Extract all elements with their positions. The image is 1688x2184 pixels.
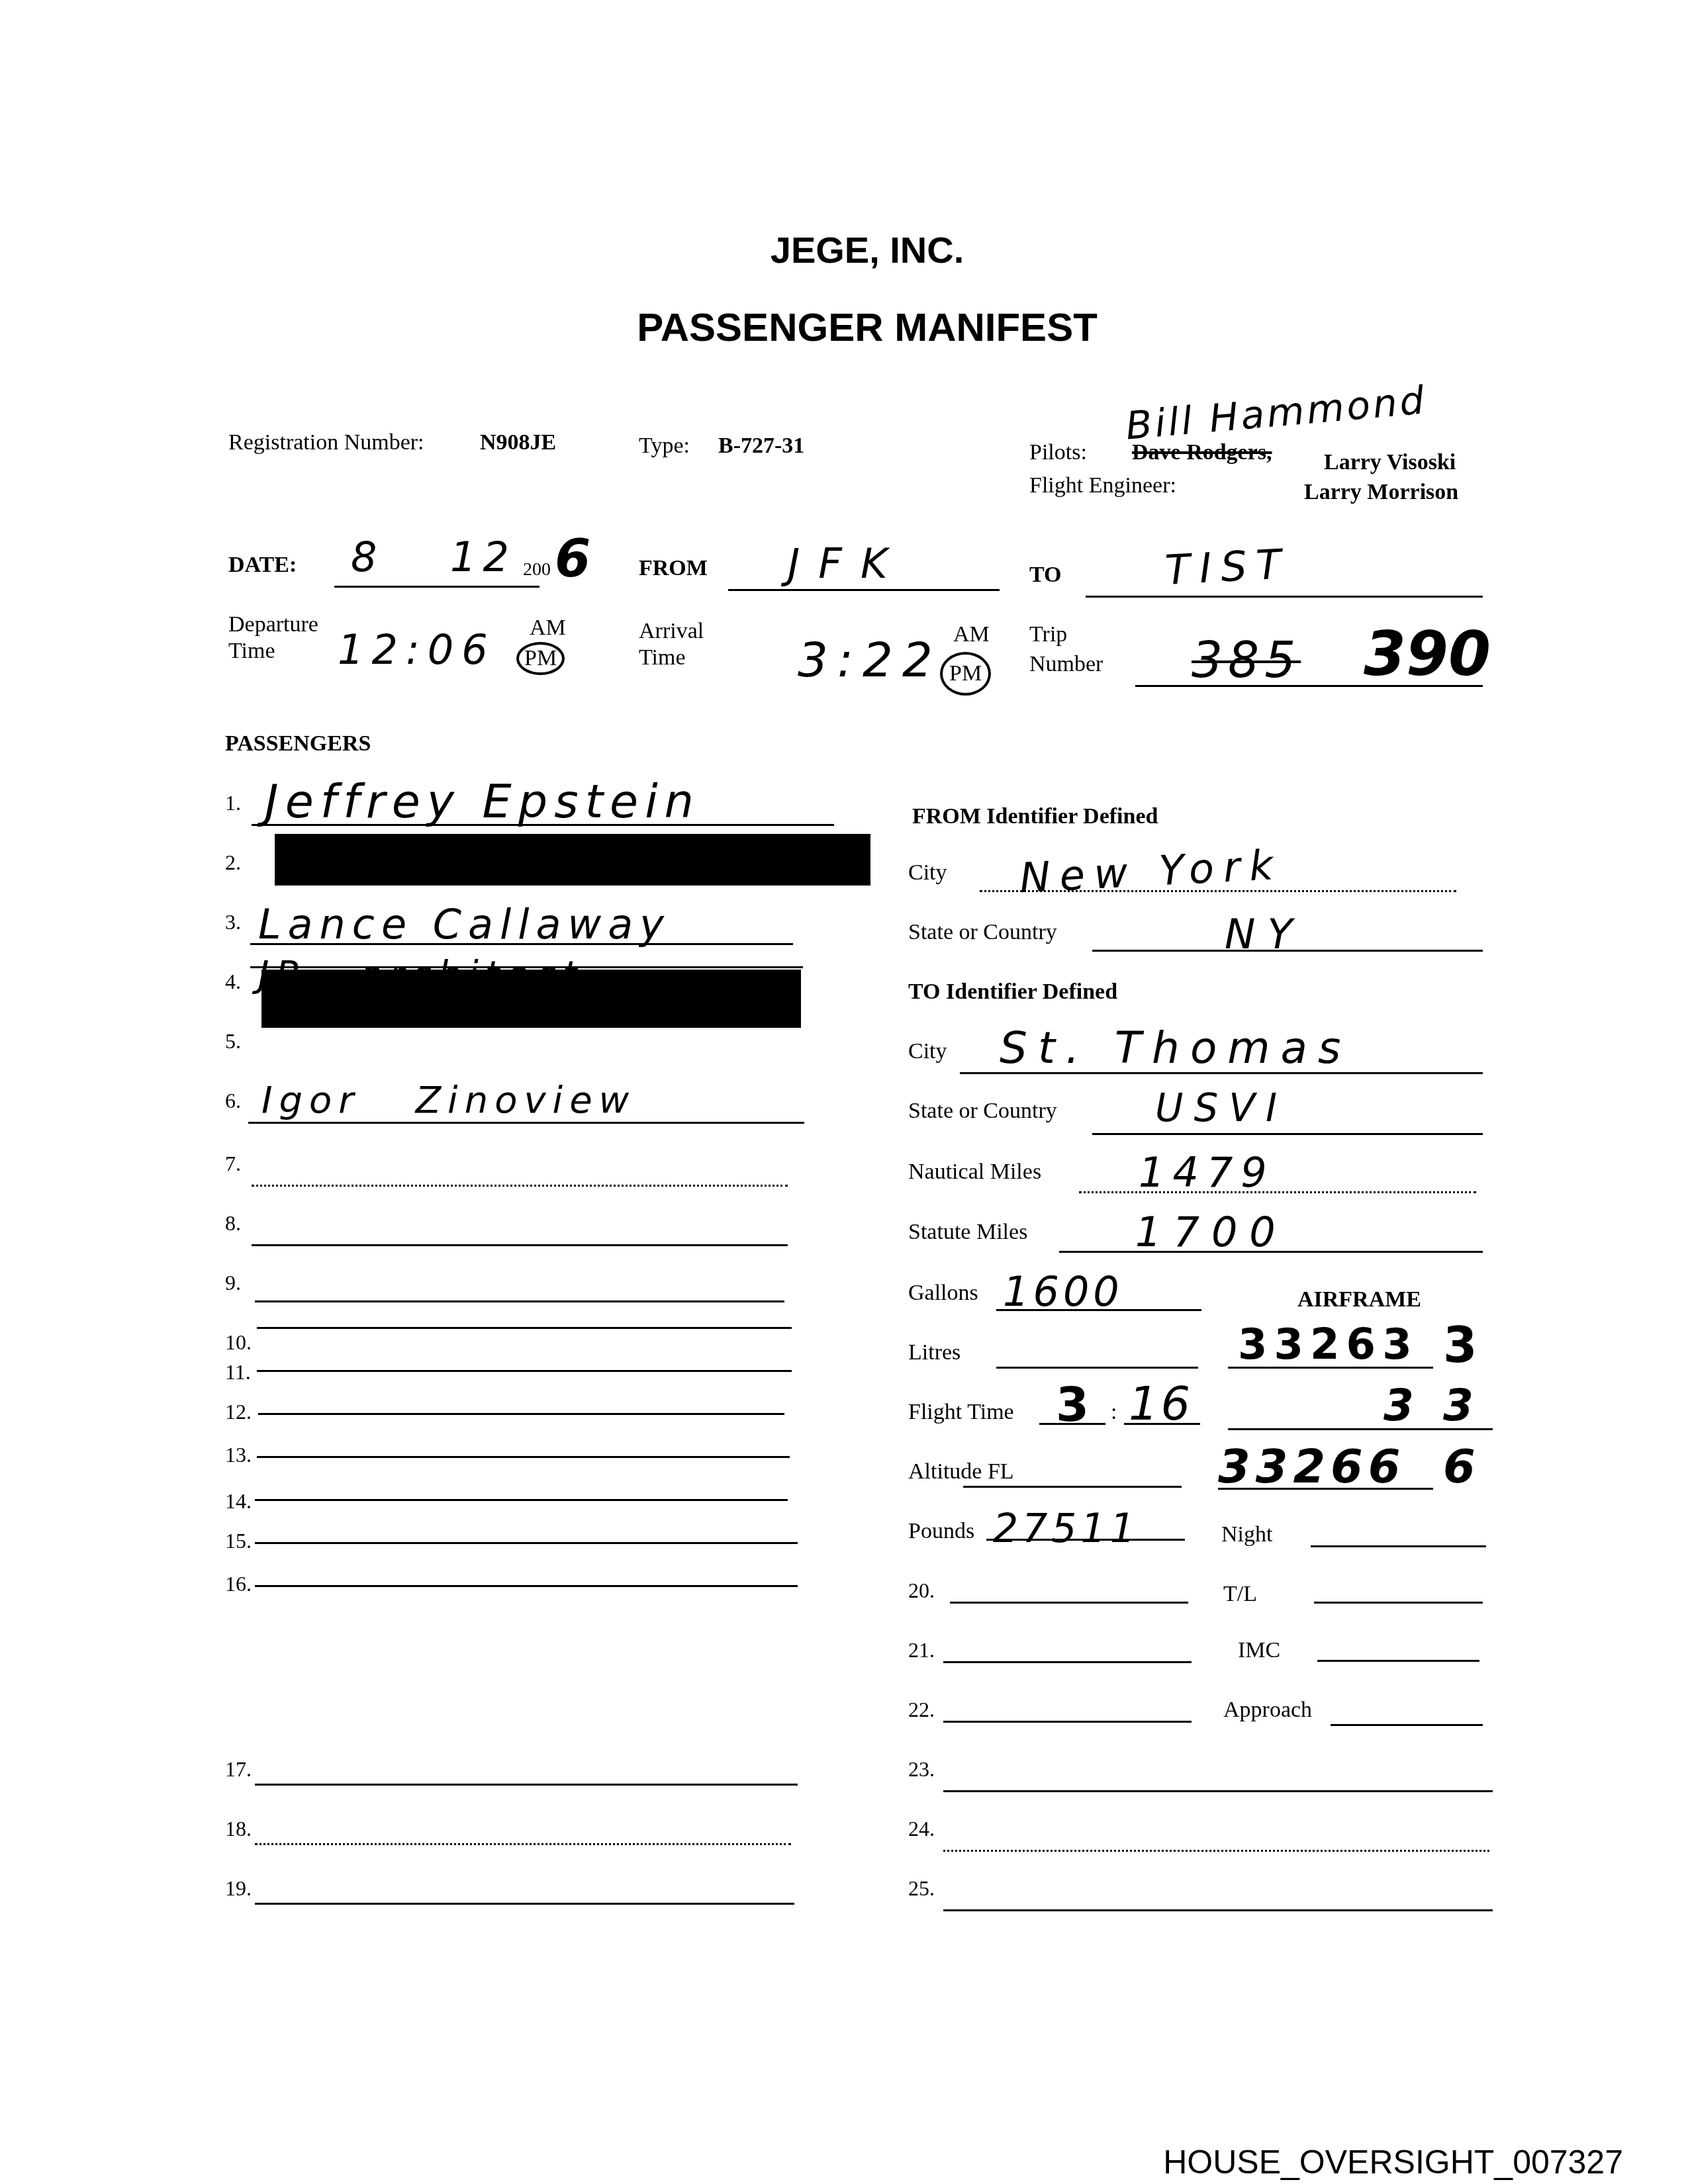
passenger-row-num: 6. [225, 1089, 241, 1113]
right-row-line [950, 1602, 1188, 1604]
right-row-line [943, 1790, 1493, 1792]
from-city-label: City [908, 860, 947, 886]
passenger-row-num: 17. [225, 1757, 252, 1782]
airframe-row1-tenth: 3 [1443, 1317, 1477, 1374]
form-title: PASSENGER MANIFEST [0, 304, 1688, 350]
date-day: 12 [450, 533, 516, 581]
altitude-label: Altitude FL [908, 1459, 1014, 1484]
right-row-num: 25. [908, 1876, 935, 1901]
from-label: FROM [639, 556, 708, 581]
passenger-name: Jeffrey Epstein [265, 774, 700, 829]
passenger-name: Lance Callaway [258, 900, 671, 948]
right-row-num: 21. [908, 1638, 935, 1662]
airframe-row2-tenth: 3 [1443, 1380, 1474, 1431]
passenger-line [258, 1413, 784, 1415]
passenger-row-num: 13. [225, 1443, 252, 1467]
redaction-box [275, 834, 870, 886]
right-row-line [943, 1909, 1493, 1911]
right-row-line [943, 1721, 1192, 1723]
airframe-heading: AIRFRAME [1297, 1287, 1421, 1312]
passenger-line [255, 1542, 798, 1544]
pilot-2: Larry Visoski [1324, 450, 1456, 475]
passenger-line [255, 1843, 791, 1845]
to-label: TO [1029, 563, 1062, 588]
right-row-line [943, 1661, 1192, 1663]
passenger-row-num: 5. [225, 1029, 241, 1054]
trip-label-1: Trip [1029, 622, 1067, 647]
from-value: JFK [788, 539, 906, 588]
right-row-num: 24. [908, 1817, 935, 1841]
departure-am: AM [530, 615, 566, 641]
to-value: TIST [1164, 539, 1291, 594]
statute-label: Statute Miles [908, 1220, 1027, 1245]
arrival-label-1: Arrival [639, 619, 704, 644]
passenger-line [257, 1370, 792, 1372]
passenger-row-num: 11. [225, 1360, 251, 1385]
night-label: Night [1221, 1522, 1272, 1547]
passenger-name: Igor Zinoview [261, 1079, 635, 1122]
passenger-line [257, 1327, 792, 1329]
gallons-label: Gallons [908, 1281, 978, 1306]
from-state-value: NY [1225, 910, 1304, 958]
date-label: DATE: [228, 553, 297, 578]
right-row-line [943, 1850, 1489, 1852]
pilot-handwritten: Bill Hammond [1124, 377, 1429, 448]
pounds-label: Pounds [908, 1519, 974, 1544]
passenger-row-num: 12. [225, 1400, 252, 1424]
passenger-line [255, 1585, 798, 1587]
pilot-struck: Dave Rodgers, [1132, 440, 1272, 465]
from-city-value: New York [1018, 841, 1284, 903]
airframe-row3-value: 33266 [1218, 1439, 1406, 1494]
departure-pm-circled: PM [516, 642, 565, 675]
to-state-line [1092, 1133, 1483, 1135]
passenger-row-num: 19. [225, 1876, 252, 1901]
altitude-line [963, 1486, 1182, 1488]
airframe-row3-tenth: 6 [1443, 1439, 1476, 1494]
passenger-row-num: 18. [225, 1817, 252, 1841]
passenger-line [257, 1456, 790, 1458]
passenger-row-num: 3. [225, 910, 241, 934]
bates-number: HOUSE_OVERSIGHT_007327 [1163, 2143, 1623, 2181]
passenger-row-num: 1. [225, 791, 241, 815]
departure-label-1: Departure [228, 612, 318, 637]
passenger-line [248, 1122, 804, 1124]
right-row-num: 20. [908, 1578, 935, 1603]
approach-label: Approach [1223, 1698, 1312, 1723]
nautical-value: 1479 [1139, 1148, 1275, 1197]
arrival-label-2: Time [639, 645, 686, 670]
passenger-line [255, 1784, 798, 1786]
passenger-line [255, 1903, 794, 1905]
to-identifier-heading: TO Identifier Defined [908, 979, 1117, 1005]
date-line [334, 586, 539, 588]
litres-label: Litres [908, 1340, 961, 1365]
to-state-value: USVI [1155, 1085, 1288, 1130]
type-label: Type: [639, 433, 690, 459]
flight-time-label: Flight Time [908, 1400, 1014, 1425]
trip-number: 390 [1364, 619, 1491, 690]
registration-value: N908JE [480, 430, 556, 455]
flight-time-minutes: 16 [1129, 1377, 1193, 1431]
airframe-row1-value: 33263 [1238, 1320, 1419, 1369]
passenger-row-num: 2. [225, 850, 241, 875]
tl-line [1314, 1602, 1483, 1604]
tl-label: T/L [1223, 1582, 1257, 1607]
passenger-row-num: 16. [225, 1572, 252, 1596]
airframe-row2-value: 3 [1383, 1380, 1414, 1431]
passenger-line [252, 1244, 788, 1246]
arrival-am: AM [953, 622, 990, 647]
arrival-pm-circled: PM [940, 652, 991, 696]
type-value: B-727-31 [718, 433, 804, 459]
redaction-box [261, 970, 801, 1028]
litres-line [996, 1367, 1198, 1369]
arrival-time: 3:22 [798, 632, 942, 688]
passenger-row-num: 8. [225, 1211, 241, 1236]
passenger-row-num: 4. [225, 970, 241, 994]
approach-line [1331, 1724, 1483, 1726]
passenger-row-num: 15. [225, 1529, 252, 1553]
nautical-label: Nautical Miles [908, 1160, 1041, 1185]
engineer-value: Larry Morrison [1304, 480, 1458, 505]
to-line [1086, 596, 1483, 598]
from-line [728, 589, 1000, 591]
passenger-row-num: 9. [225, 1271, 241, 1295]
from-identifier-heading: FROM Identifier Defined [912, 804, 1158, 829]
right-row-num: 23. [908, 1757, 935, 1782]
pilots-label: Pilots: [1029, 440, 1087, 465]
statute-value: 1700 [1135, 1208, 1288, 1256]
departure-time: 12:06 [338, 625, 496, 674]
imc-line [1317, 1660, 1479, 1662]
trip-label-2: Number [1029, 652, 1103, 677]
right-row-num: 22. [908, 1698, 935, 1722]
to-state-label: State or Country [908, 1099, 1057, 1124]
gallons-value: 1600 [1003, 1267, 1123, 1316]
imc-label: IMC [1238, 1638, 1280, 1663]
trip-number-struck: 385 [1192, 632, 1301, 689]
passenger-row-num: 14. [225, 1489, 252, 1514]
date-year-prefix: 200 [523, 559, 551, 580]
engineer-label: Flight Engineer: [1029, 473, 1176, 498]
passenger-line [255, 1300, 784, 1302]
passenger-line [252, 1185, 788, 1187]
flight-time-hours: 3 [1056, 1377, 1089, 1432]
date-year-digit: 6 [555, 529, 590, 589]
night-line [1311, 1545, 1486, 1547]
registration-label: Registration Number: [228, 430, 424, 455]
passenger-line [255, 1499, 788, 1501]
passenger-row-num: 7. [225, 1152, 241, 1176]
passenger-row-num: 10. [225, 1330, 252, 1355]
to-city-value: St. Thomas [1000, 1023, 1351, 1073]
company-name: JEGE, INC. [0, 228, 1688, 271]
date-month: 8 [351, 533, 383, 581]
departure-label-2: Time [228, 639, 275, 664]
passengers-heading: PASSENGERS [225, 731, 371, 756]
flight-time-separator: : [1111, 1400, 1117, 1425]
to-city-label: City [908, 1039, 947, 1064]
from-state-label: State or Country [908, 920, 1057, 945]
pounds-value: 27511 [993, 1506, 1139, 1552]
